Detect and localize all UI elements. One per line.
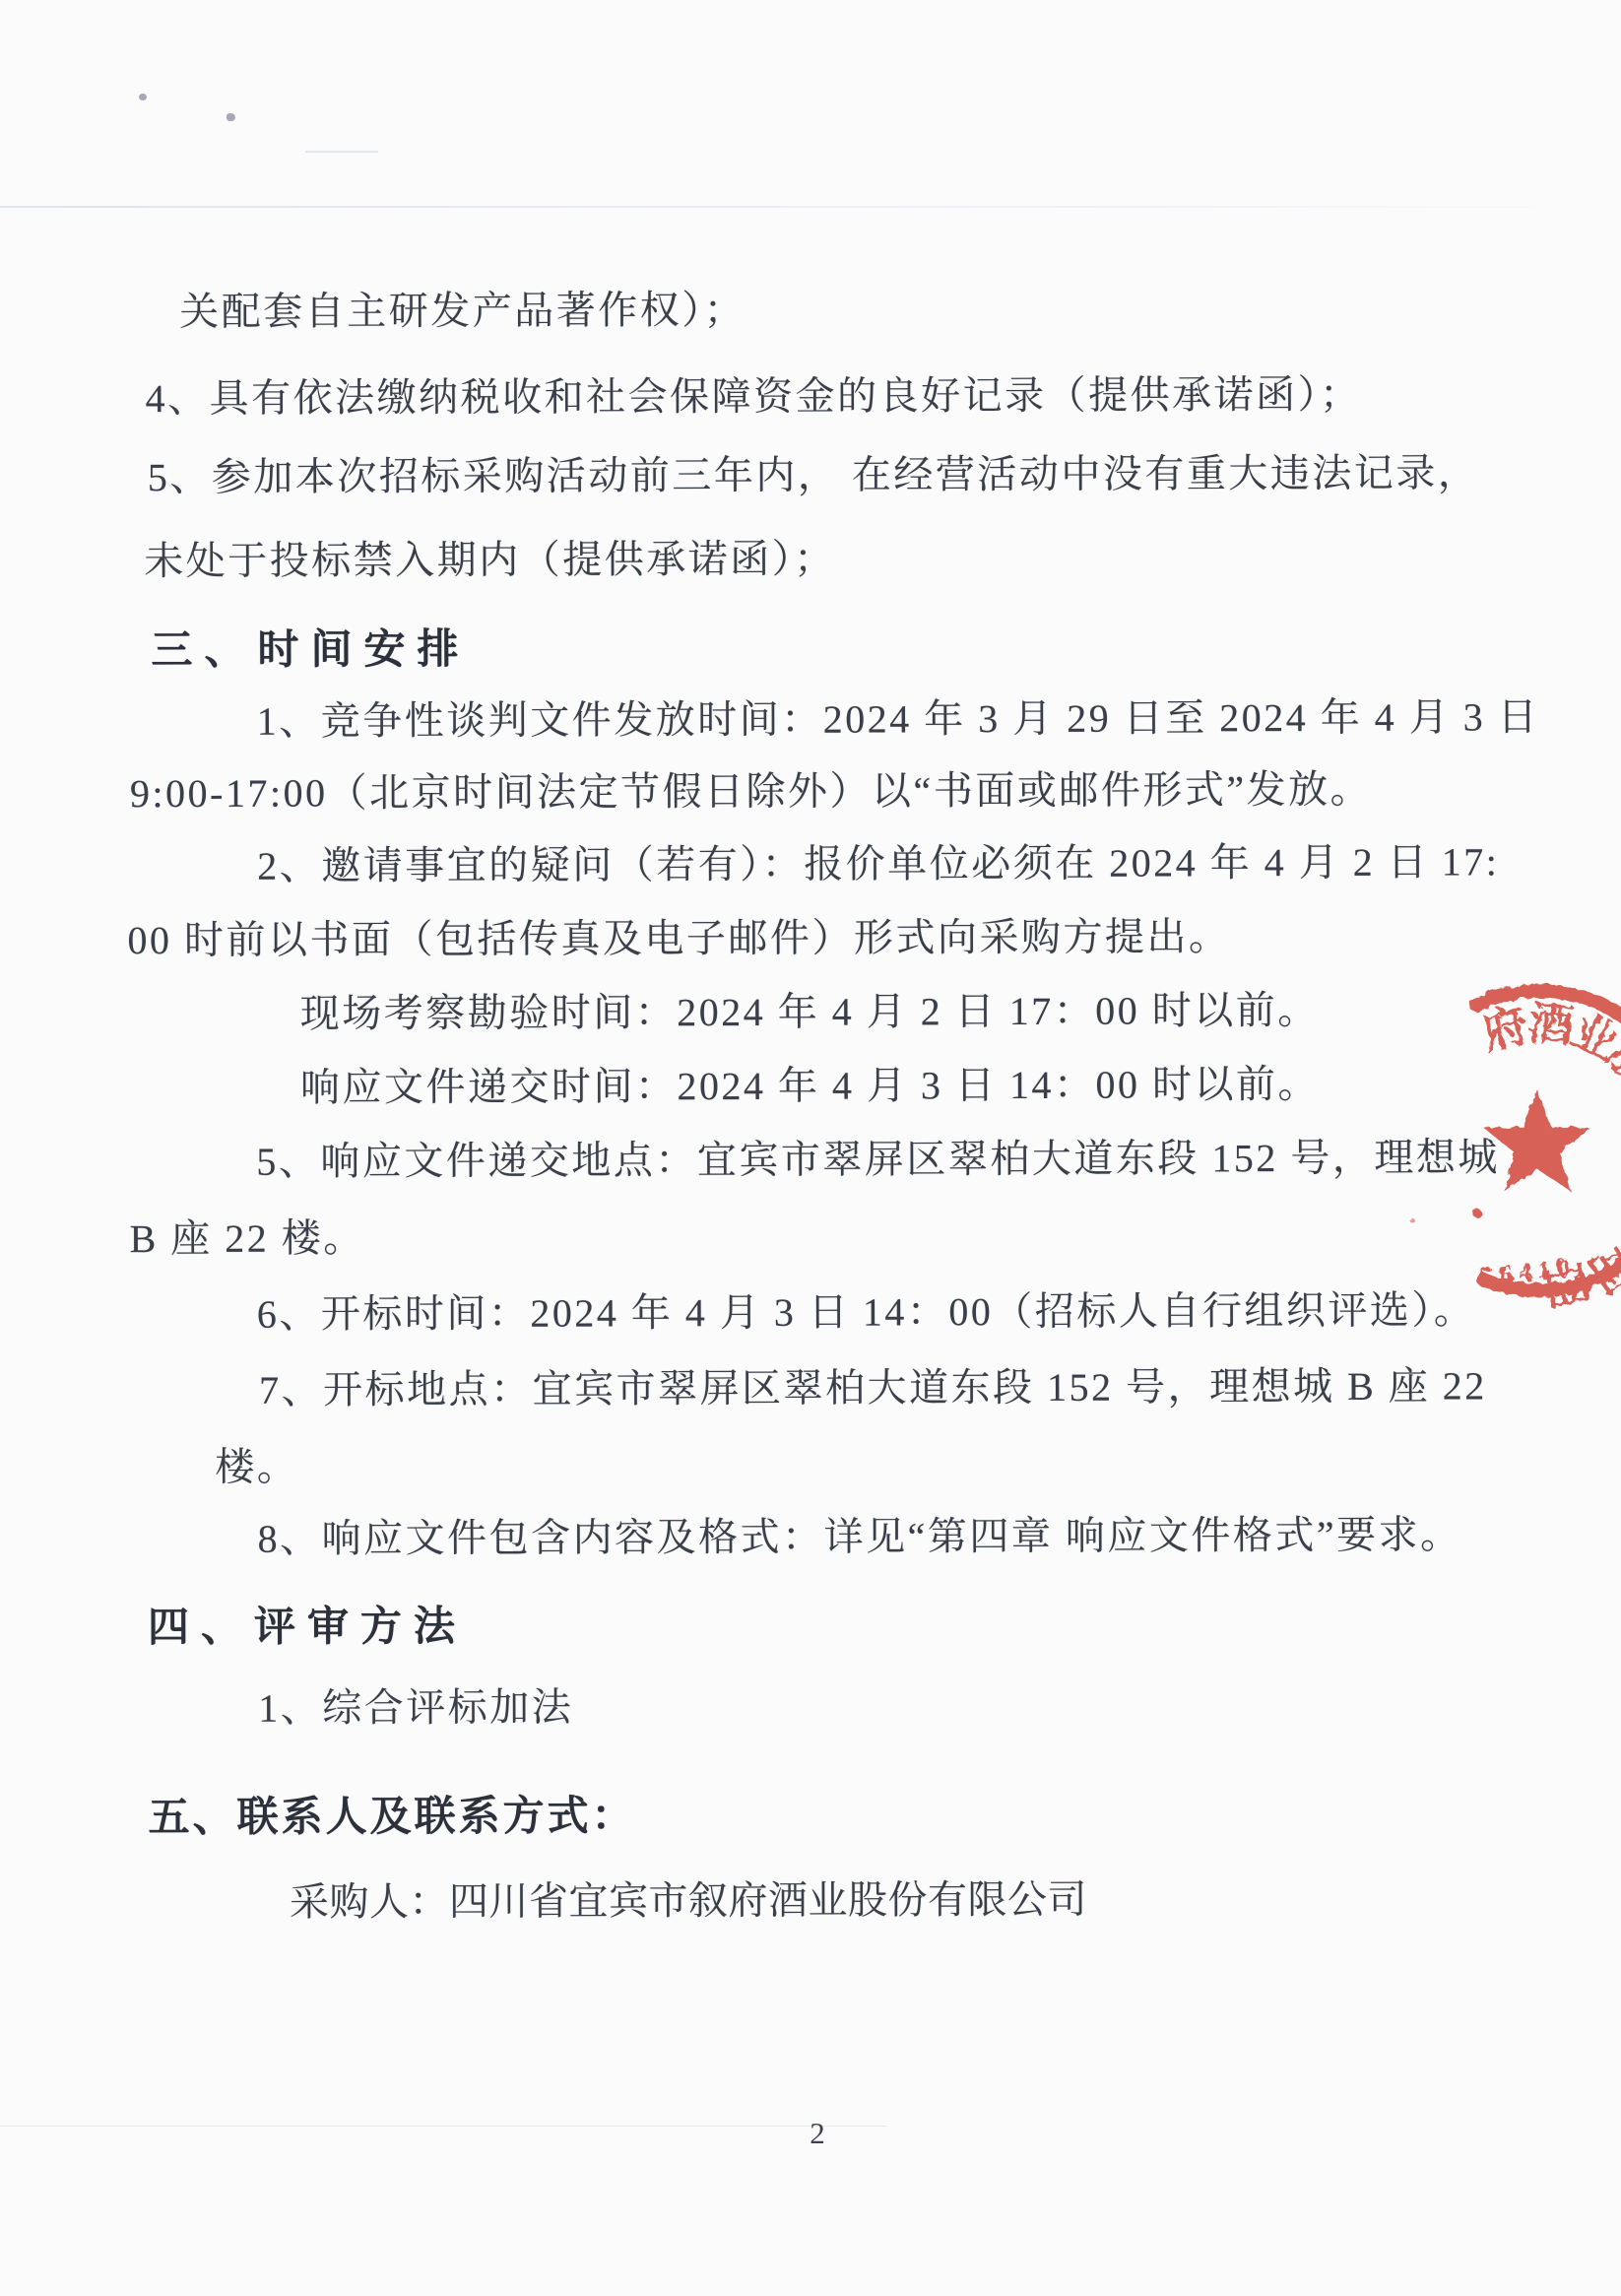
paragraph-line: 未处于投标禁入期内（提供承诺函）； <box>144 540 836 581</box>
paragraph-line: 8、响应文件包含内容及格式：详见“第四章 响应文件格式”要求。 <box>258 1515 1462 1558</box>
paragraph-line: 5、参加本次招标采购活动前三年内， 在经营活动中没有重大违法记录， <box>148 453 1480 497</box>
section-heading-evaluation-method: 四、评审方法 <box>148 1606 467 1648</box>
seal-star-icon <box>1484 1089 1590 1191</box>
scan-footer-line <box>0 2126 886 2127</box>
seal-arc-char: 府 <box>1477 999 1534 1059</box>
paragraph-line: 4、具有依法缴纳税收和社会保障资金的良好记录（提供承诺函）； <box>146 375 1362 419</box>
paragraph-line: 关配套自主研发产品著作权）； <box>179 291 746 332</box>
seal-ink-dot <box>1410 1218 1415 1223</box>
paragraph-line: 5、响应文件递交地点：宜宾市翠屏区翠柏大道东段 152 号，理想城 <box>256 1138 1500 1181</box>
paragraph-line: B 座 22 楼。 <box>129 1218 364 1259</box>
scanned-document-page: 关配套自主研发产品著作权）； 4、具有依法缴纳税收和社会保障资金的良好记录（提供… <box>0 0 1621 2296</box>
paragraph-line: 响应文件递交时间：2024 年 4 月 3 日 14：00 时以前。 <box>300 1065 1320 1108</box>
paragraph-line: 9:00-17:00（北京时间法定节假日除外）以“书面或邮件形式”发放。 <box>130 770 1372 814</box>
paragraph-line: 采购人：四川省宜宾市叙府酒业股份有限公司 <box>290 1880 1087 1923</box>
paragraph-line: 2、邀请事宜的疑问（若有）：报价单位必须在 2024 年 4 月 2 日 17: <box>257 842 1499 886</box>
paragraph-line: 6、开标时间：2024 年 4 月 3 日 14：00（招标人自行组织评选）。 <box>257 1290 1476 1334</box>
page-number: 2 <box>788 2116 847 2151</box>
section-heading-time-schedule: 三、时间安排 <box>151 628 470 671</box>
paragraph-line: 1、竞争性谈判文件发放时间：2024 年 3 月 29 日至 2024 年 4 … <box>257 697 1540 742</box>
seal-ink-dot <box>1473 1210 1482 1218</box>
paragraph-line: 楼。 <box>215 1448 298 1487</box>
paragraph-line: 现场考察勘验时间：2024 年 4 月 2 日 17：00 时以前。 <box>300 991 1320 1034</box>
paragraph-line: 7、开标地点：宜宾市翠屏区翠柏大道东段 152 号，理想城 B 座 22 <box>259 1366 1487 1410</box>
paragraph-line: 00 时前以书面（包括传真及电子邮件）形式向采购方提出。 <box>127 917 1230 960</box>
paragraph-line: 1、综合评标加法 <box>258 1688 573 1729</box>
company-seal-stamp: 府 酒 业 股 司 四 56410 <box>1359 916 1621 1340</box>
section-heading-contacts: 五、联系人及联系方式： <box>149 1795 636 1838</box>
